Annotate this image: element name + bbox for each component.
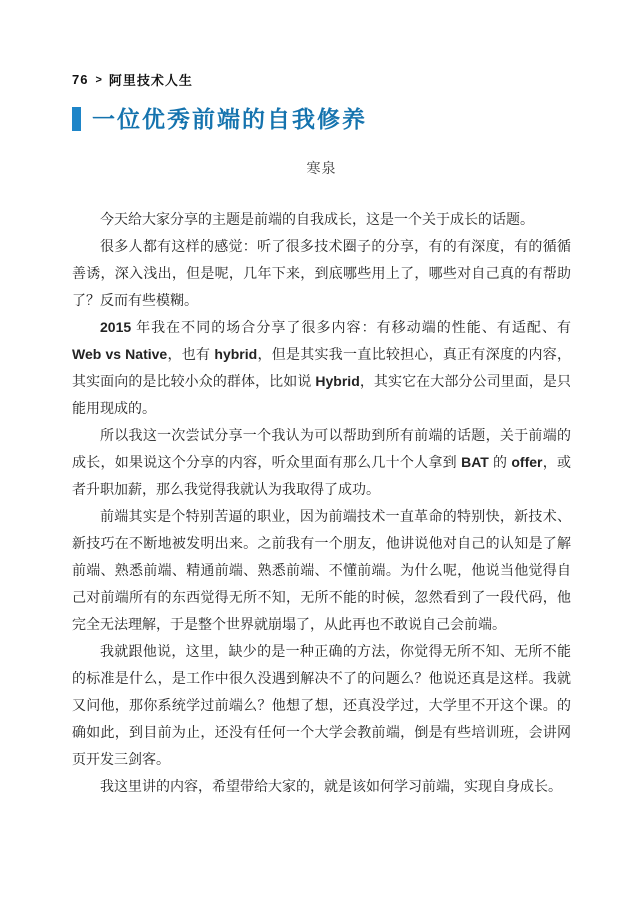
text-run: ，也有 — [167, 346, 214, 362]
paragraph: 前端其实是个特别苦逼的职业，因为前端技术一直革命的特别快，新技术、新技巧在不断地… — [72, 503, 571, 638]
book-title: 阿里技术人生 — [109, 70, 193, 89]
paragraph: 我就跟他说，这里，缺少的是一种正确的方法，你觉得无所不知、无所不能的标准是什么，… — [72, 638, 571, 773]
paragraph: 很多人都有这样的感觉：听了很多技术圈子的分享，有的有深度，有的循循善诱，深入浅出… — [72, 233, 571, 314]
text-run: 我这里讲的内容，希望带给大家的，就是该如何学习前端，实现自身成长。 — [100, 778, 562, 794]
article-body: 今天给大家分享的主题是前端的自我成长，这是一个关于成长的话题。 很多人都有这样的… — [72, 206, 571, 800]
text-run: 年我在不同的场合分享了很多内容：有移动端的性能、有适配、有 — [131, 319, 571, 335]
text-run: 很多人都有这样的感觉：听了很多技术圈子的分享，有的有深度，有的循循善诱，深入浅出… — [72, 238, 571, 308]
text-run: 的 — [489, 454, 512, 470]
text-run: 前端其实是个特别苦逼的职业，因为前端技术一直革命的特别快，新技术、新技巧在不断地… — [72, 508, 571, 632]
text-run-bold: 2015 — [100, 319, 131, 335]
article-title: 一位优秀前端的自我修养 — [92, 105, 367, 133]
text-run: 我就跟他说，这里，缺少的是一种正确的方法，你觉得无所不知、无所不能的标准是什么，… — [72, 643, 571, 767]
text-run: 今天给大家分享的主题是前端的自我成长，这是一个关于成长的话题。 — [100, 211, 534, 227]
page-number: 76 — [72, 72, 88, 87]
chevron-right-icon: > — [95, 74, 101, 86]
text-run-bold: BAT — [461, 454, 489, 470]
paragraph: 所以我这一次尝试分享一个我认为可以帮助到所有前端的话题，关于前端的成长，如果说这… — [72, 422, 571, 503]
paragraph: 今天给大家分享的主题是前端的自我成长，这是一个关于成长的话题。 — [72, 206, 571, 233]
text-run-bold: Web vs Native — [72, 346, 167, 362]
paragraph: 2015 年我在不同的场合分享了很多内容：有移动端的性能、有适配、有 Web v… — [72, 314, 571, 422]
article-title-row: 一位优秀前端的自我修养 — [72, 105, 367, 133]
author-name: 寒泉 — [72, 158, 571, 178]
paragraph: 我这里讲的内容，希望带给大家的，就是该如何学习前端，实现自身成长。 — [72, 773, 571, 800]
text-run-bold: offer — [511, 454, 542, 470]
text-run-bold: hybrid — [214, 346, 257, 362]
text-run-bold: Hybrid — [315, 373, 359, 389]
title-accent-bar — [72, 107, 81, 131]
page-header: 76 > 阿里技术人生 — [72, 70, 193, 89]
document-page: 76 > 阿里技术人生 一位优秀前端的自我修养 寒泉 今天给大家分享的主题是前端… — [0, 0, 642, 907]
